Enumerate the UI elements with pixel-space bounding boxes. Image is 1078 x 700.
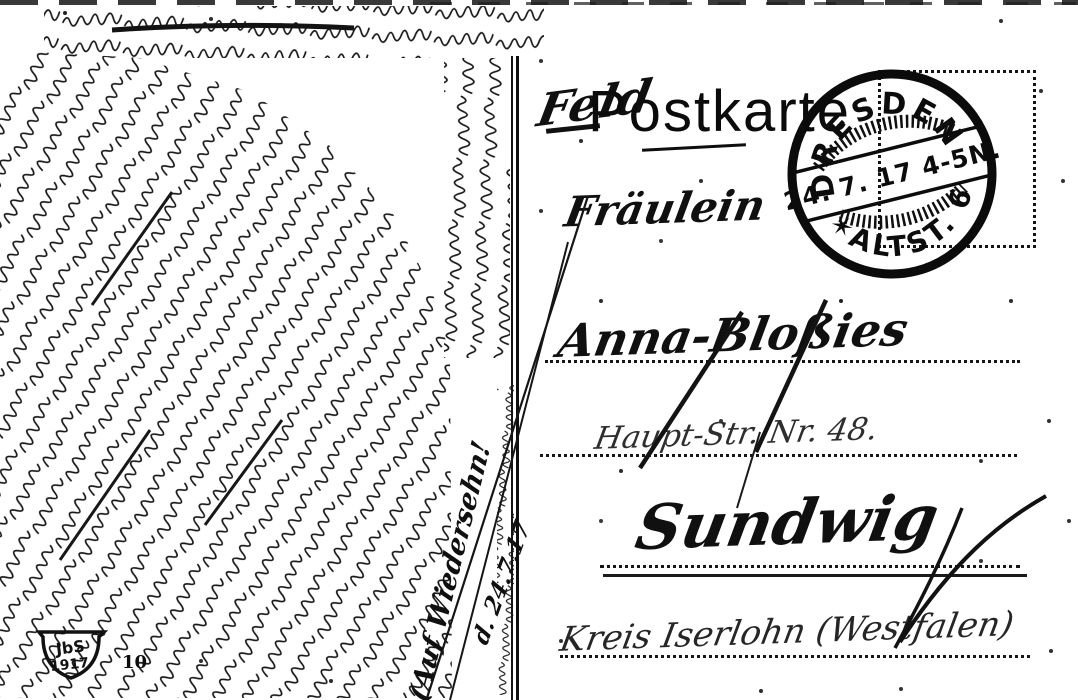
handwritten-message-block bbox=[0, 0, 545, 700]
address-rule-line-solid bbox=[603, 574, 1027, 577]
card-divider-line bbox=[511, 56, 519, 700]
publisher-shield-mark: JbS 1917 bbox=[34, 620, 110, 686]
salutation-handwriting: Fräulein bbox=[561, 181, 769, 237]
recipient-name-handwriting: Anna-Bloßies bbox=[554, 302, 912, 368]
postcard-scan: (Auf Wiedersehn! d. 24.7.17 JbS 1917 10 … bbox=[0, 0, 1078, 700]
town-handwriting: Sundwig bbox=[631, 481, 945, 564]
district-handwriting: Kreis Iserlohn (Westfalen) bbox=[557, 604, 1017, 660]
message-body-strokes bbox=[0, 52, 452, 698]
series-number: 10 bbox=[122, 652, 147, 673]
message-margin-strokes bbox=[444, 58, 510, 358]
street-handwriting: Haupt-Str. Nr. 48. bbox=[592, 411, 881, 457]
address-rule-line bbox=[600, 565, 1020, 568]
dresden-postmark: DRESDEN- 24. 7. 17 4-5N. ✶ALTST. 6 bbox=[780, 62, 1005, 287]
